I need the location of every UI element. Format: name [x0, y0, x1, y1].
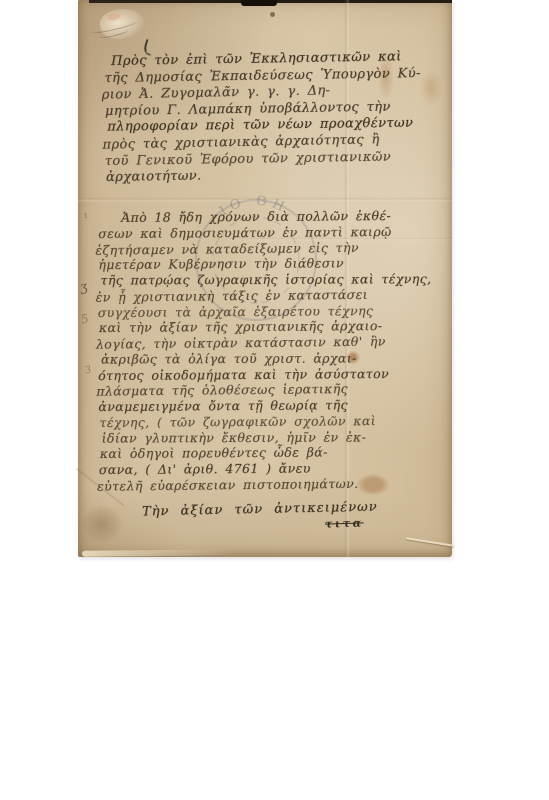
bleed-mark: 5	[80, 311, 90, 326]
body-paragraph: Ἀπὸ 18 ἤδη χρόνων διὰ πολλῶν ἐκθέ-σεων κ…	[97, 208, 430, 494]
corner-crease	[406, 537, 454, 546]
handwritten-line: καὶ ὁδηγοὶ πορευθέντες ὧδε βά-	[100, 444, 431, 462]
handwritten-line: εὐτελῆ εὐαρέσκειαν πιστοποιημάτων.	[97, 475, 428, 494]
handwritten-line: ἰδίαν γλυπτικὴν ἔκθεσιν, ἡμῖν ἐν ἐκ-	[102, 429, 433, 446]
bottom-edge-fringe	[82, 549, 232, 557]
stain	[420, 70, 442, 106]
address-paragraph: Πρὸς τὸν ἐπὶ τῶν Ἐκκλησιαστικῶν καὶτῆς Δ…	[103, 49, 421, 187]
faint-pencil-scribble	[91, 19, 139, 45]
handwritten-line: ἀκριβῶς τὰ ὀλίγα τοῦ χριστ. ἀρχαι-	[101, 350, 432, 367]
handwritten-line: τέχνης, ( τῶν ζωγραφικῶν σχολῶν καὶ	[99, 412, 430, 430]
horizontal-fold-crease	[78, 197, 452, 202]
manuscript-page: ΙΟ ΘΗ ιʒ53 Πρὸς τὸν ἐπὶ τῶν Ἐκκλησιαστικ…	[78, 0, 452, 557]
ink-speck	[270, 12, 275, 17]
signature-mark: τιτα	[325, 516, 364, 530]
handwritten-line: ἀρχαιοτήτων.	[106, 165, 423, 187]
handwritten-line: ἡμετέραν Κυβέρνησιν τὴν διάθεσιν	[98, 255, 429, 273]
scan-background: ΙΟ ΘΗ ιʒ53 Πρὸς τὸν ἐπὶ τῶν Ἐκκλησιαστικ…	[0, 0, 549, 800]
scan-edge-artifact-blob	[241, 0, 277, 6]
stain	[82, 505, 122, 543]
bleed-mark: 3	[84, 364, 93, 376]
bleed-mark: ʒ	[79, 279, 89, 295]
bleed-mark: ι	[83, 210, 89, 222]
